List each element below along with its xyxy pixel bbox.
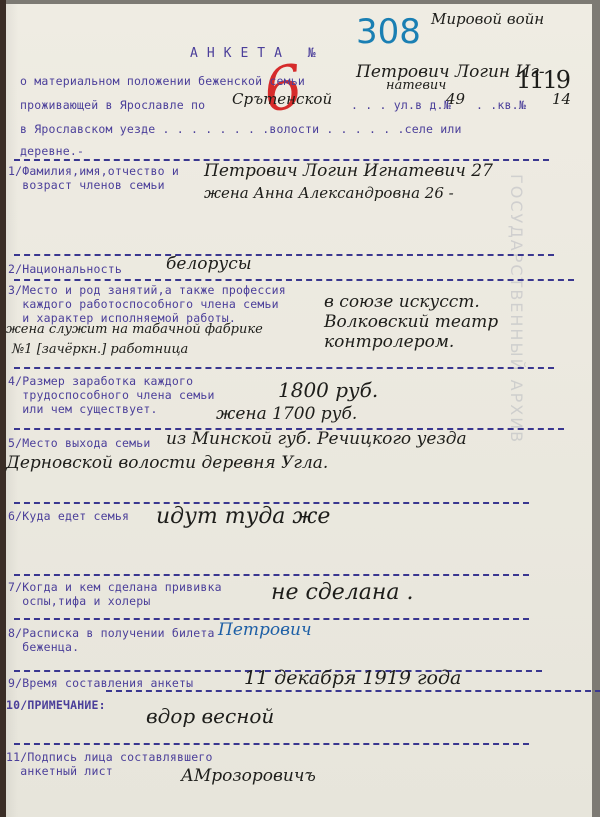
family-name: Петрович Логин Иг-: [356, 62, 545, 82]
field-4-value: 1800 руб.: [278, 378, 378, 402]
field-11-value: АМрозоровичъ: [181, 766, 316, 786]
field-1-label: 1/Фамилия,имя,отчество и возраст членов …: [8, 164, 179, 192]
field-2-value: белорусы: [166, 254, 252, 274]
intro-line-1: о материальном положении беженской семьи: [20, 74, 305, 88]
field-8-label: 8/Расписка в получении билета беженца.: [8, 626, 215, 654]
top-note: Мировой войн: [431, 10, 544, 28]
street: Срътенской: [232, 90, 332, 108]
intro-line-2: проживающей в Ярославле по: [20, 98, 205, 112]
field-3-value-2: Волковский театр: [324, 312, 498, 332]
house-number: 49: [446, 90, 465, 108]
form-title: АНКЕТА №: [190, 46, 325, 61]
field-2-label: 2/Национальность: [8, 262, 122, 276]
field-9-value: 11 декабря 1919 года: [244, 667, 461, 689]
field-7-value: не сделана .: [271, 580, 414, 605]
field-5-label: 5/Место выхода семьи: [8, 436, 150, 450]
field-7-label: 7/Когда и кем сделана прививка оспы,тифа…: [8, 580, 222, 608]
apt-label: . .кв.№: [476, 98, 526, 112]
field-9-label: 9/Время составления анкеты: [8, 676, 193, 690]
field-3-note: жена служит на табачной фабрике: [6, 322, 263, 337]
field-8-value: Петрович: [218, 620, 312, 640]
field-10-label: 10/ПРИМЕЧАНИЕ:: [6, 698, 106, 712]
field-3-value: в союзе искусст.: [324, 292, 480, 312]
field-5-value-2: Дерновской волости деревня Угла.: [6, 453, 328, 473]
questionnaire-sheet: ГОСУДАРСТВЕННЫЙ АРХИВ Мировой войн АНКЕТ…: [6, 4, 592, 817]
intro-line-3: в Ярославском уезде . . . . . . . .волос…: [20, 122, 462, 136]
field-3-note-2: №1 [зачёркн.] работница: [12, 342, 188, 357]
intro-line-4: деревне.-: [20, 144, 84, 158]
family-name-cont: натевич: [386, 78, 446, 93]
field-3-value-3: контролером.: [324, 332, 454, 352]
field-10-value: вдор весной: [146, 704, 274, 728]
field-1-value-2: жена Анна Александровна 26 -: [204, 184, 454, 202]
red-mark: 6: [259, 52, 307, 127]
street-suffix: . . . ул.в д.№: [351, 98, 451, 112]
apt-number: 14: [552, 90, 571, 108]
field-3-label: 3/Место и род занятий,а также профессия …: [8, 283, 286, 325]
archive-stamp: ГОСУДАРСТВЕННЫЙ АРХИВ: [507, 174, 526, 444]
field-1-value: Петрович Логин Игнатевич 27: [204, 161, 493, 181]
field-6-value: идут туда же: [156, 504, 330, 529]
field-4-label: 4/Размер заработка каждого трудоспособно…: [8, 374, 215, 416]
field-4-value-2: жена 1700 руб.: [216, 404, 357, 424]
field-6-label: 6/Куда едет семья: [8, 509, 129, 523]
field-5-value: из Минской губ. Речицкого уезда: [166, 429, 467, 449]
form-number: 308: [356, 12, 421, 52]
